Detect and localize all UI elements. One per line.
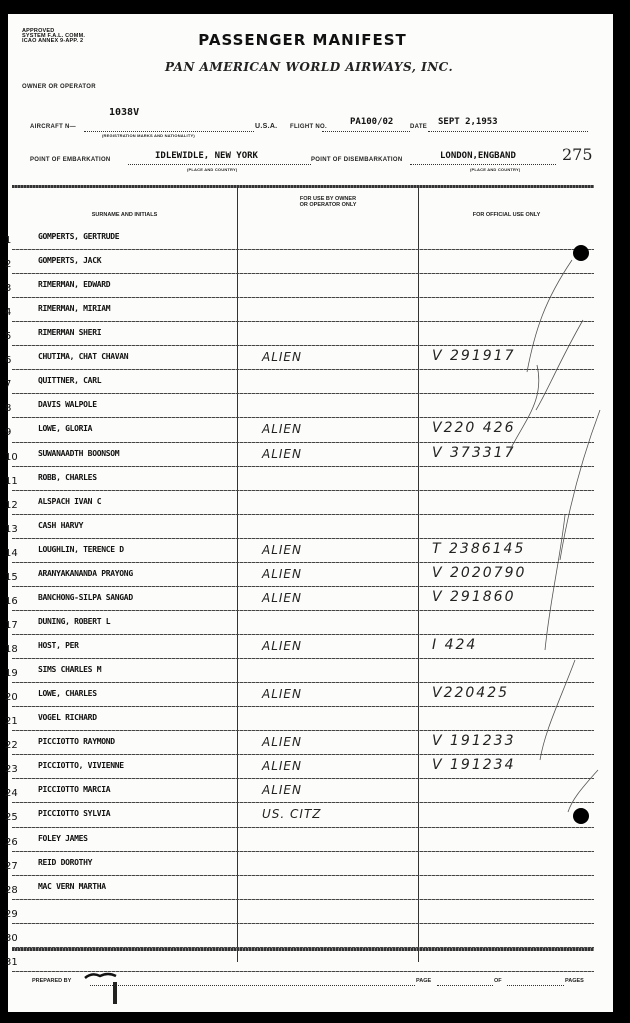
of-label: OF: [494, 978, 502, 984]
prepared-by-line: [90, 985, 415, 986]
prepared-by-label: PREPARED BY: [32, 978, 71, 984]
page-line: [437, 985, 493, 986]
pages-label: PAGES: [565, 978, 584, 984]
page-label: PAGE: [416, 978, 431, 984]
pen-strokes: [0, 0, 630, 1023]
signature-mark: [80, 966, 130, 1016]
of-line: [507, 985, 564, 986]
